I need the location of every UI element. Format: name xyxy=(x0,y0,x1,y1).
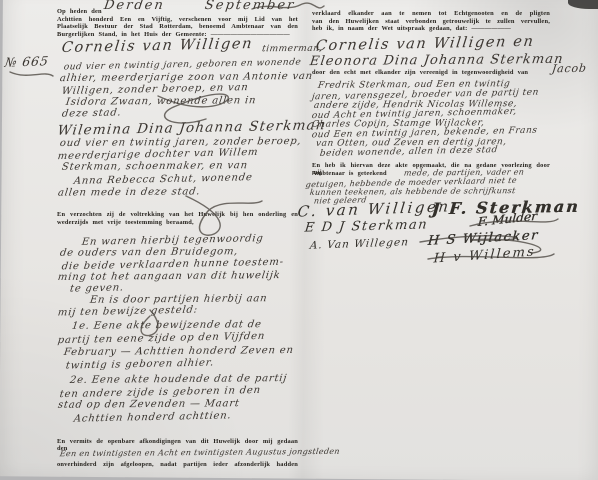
deed-line: February — Achttien honderd Zeven en xyxy=(63,345,294,358)
printed-header-line3: Plaatselijk Bestuur der Stad Rotterdam, … xyxy=(57,23,298,30)
groom-name-pronouncement: Cornelis van Willigen en xyxy=(315,34,536,55)
deed-line: 1e. Eene akte bewijzende dat de xyxy=(71,319,262,332)
groom-name-handwritten: Cornelis van Willigen xyxy=(61,36,254,56)
printed-closing-line2: Ambtenaar is geteekend xyxy=(312,170,402,177)
bride-name-pronouncement: Eleonora Dina Johanna Sterkman xyxy=(309,52,565,69)
groom-detail-line: alhier, meerderjarige zoon van Antonie v… xyxy=(59,71,314,84)
act-number: № 665 xyxy=(4,53,50,70)
consent-line: ming tot het aangaan van dit huwelijk xyxy=(57,270,281,283)
document-scan: Derden September Op heden den Achttien h… xyxy=(0,0,598,480)
printed-declaration-line2: van den Huwelijken staat verbonden getro… xyxy=(312,18,550,25)
printed-consent-line2: wederzijds met vrije toestemming beraamd… xyxy=(57,219,298,226)
printed-header-line1: Op heden den xyxy=(57,8,298,15)
bride-detail-line: Anna Rebecca Schut, wonende xyxy=(73,172,253,187)
consent-line: de ouders van den Bruidegom, xyxy=(59,246,239,259)
consent-line: mij ten bewijze gesteld: xyxy=(57,305,198,319)
signature-hv-willems: H v Willems xyxy=(433,244,536,266)
bride-detail-line: Sterkman, schoenmaker, en van xyxy=(61,160,248,173)
signature-edj-sterkman: E D J Sterkman xyxy=(304,217,429,235)
footer-dates-handwritten: Een en twintigsten en Acht en twintigste… xyxy=(59,447,340,458)
printed-footer-line2: onverhinderd zijn afgeloopen, nadat part… xyxy=(57,461,298,468)
printed-union-line: door den echt met elkander zijn vereenig… xyxy=(312,69,542,76)
groom-detail-line: oud vier en twintig jaren, geboren en wo… xyxy=(63,58,302,73)
groom-detail-line: deze stad. xyxy=(61,107,122,119)
signature-a-van-willegen: A. Van Willegen xyxy=(309,236,410,251)
consent-line: te geven. xyxy=(69,282,124,294)
deed-line: Achttien honderd achttien. xyxy=(73,410,232,424)
page-content: Derden September Op heden den Achttien h… xyxy=(0,0,598,480)
printed-header-line2: Achttien honderd Een en Vijftig, versche… xyxy=(57,16,298,23)
deed-line: stad op den Zevenden — Maart xyxy=(57,398,240,411)
deed-line: partij ten eene zijde op den Vijfden xyxy=(57,331,266,346)
printed-declaration-line3: heb ik, in naam der Wet uitspraak gedaan… xyxy=(312,25,550,32)
deed-line: twintig is geboren alhier. xyxy=(65,357,215,371)
consent-line: En is door partijen hierbij aan xyxy=(89,293,268,306)
bride-detail-line: oud vier en twintig jaren, zonder beroep… xyxy=(59,136,302,149)
groom-detail-line: Isidora Zwaan, wonende allen in xyxy=(65,95,257,108)
union-handwritten-suffix: Jacob xyxy=(551,62,587,76)
printed-consent-line1: En verzochten zij de voltrekking van het… xyxy=(57,211,298,218)
printed-declaration-line1: verklaard elkander aan te nemen tot Echt… xyxy=(312,10,550,17)
bride-detail-line: allen mede in deze stad. xyxy=(57,186,201,198)
deed-line: 2e. Eene akte houdende dat de partij xyxy=(69,373,288,386)
